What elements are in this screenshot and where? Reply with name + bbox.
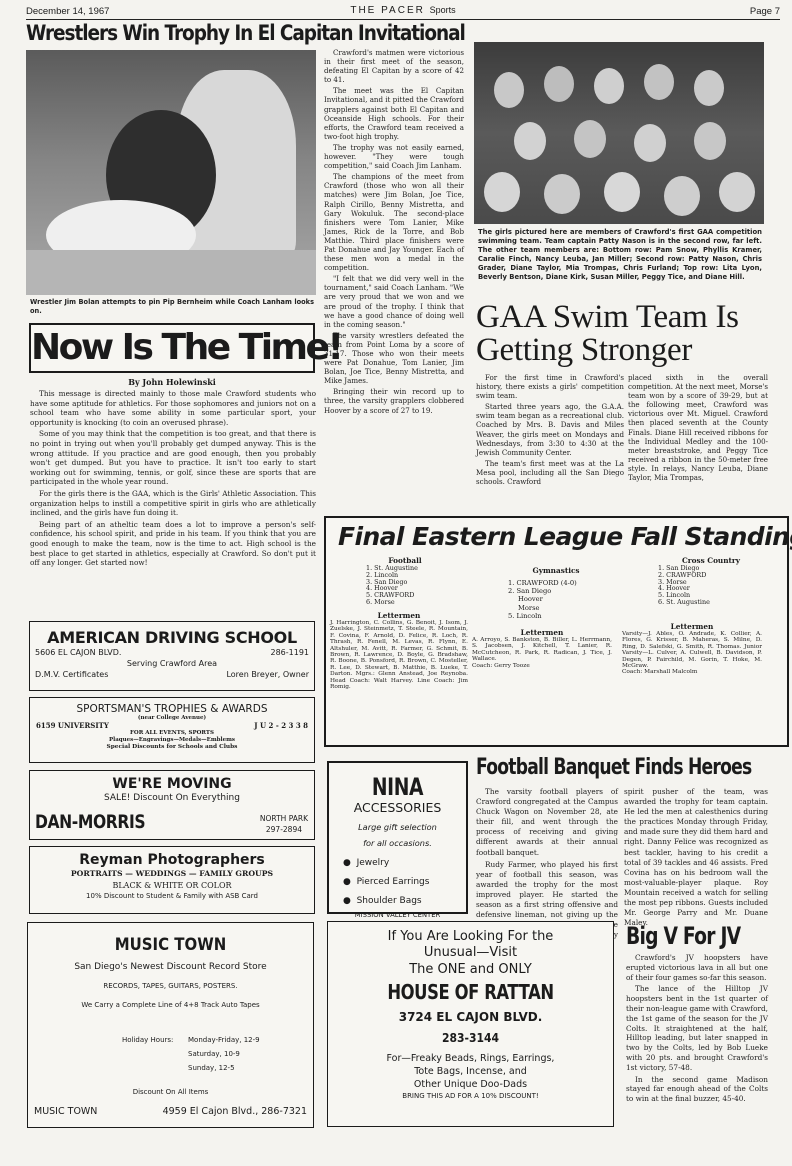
paragraph: The trophy was not easily earned, howeve… (324, 143, 464, 170)
paragraph: Crawford's matmen were victorious in the… (324, 48, 464, 84)
ad-location: MISSION VALLEY CENTER (329, 911, 466, 919)
section-name: Sports (430, 5, 456, 15)
gymnastics-standings: Gymnastics 1. CRAWFORD (4-0) 2. San Dieg… (486, 566, 626, 620)
ad-owner: Loren Breyer, Owner (226, 669, 309, 680)
paragraph: "I felt that we did very well in the tou… (324, 274, 464, 329)
ad-address: 5606 EL CAJON BLVD. (35, 647, 121, 658)
paragraph: The champions of the meet from Crawford … (324, 172, 464, 272)
masthead: December 14, 1967 THE PACER Sports Page … (26, 4, 780, 20)
lettermen-heading: Lettermen (472, 628, 612, 637)
ad-certs: D.M.V. Certificates (35, 669, 108, 680)
ad-line: If You Are Looking For the (328, 929, 613, 945)
paragraph: Crawford's JV hoopsters have erupted vic… (626, 953, 768, 982)
ad-nina-accessories: NINA ACCESSORIES Large gift selection fo… (327, 761, 468, 914)
football-banquet-headline: Football Banquet Finds Heroes (476, 755, 751, 780)
gaa-article-col2: placed sixth in the overall competition.… (628, 373, 768, 484)
standings-box: Final Eastern League Fall Standings Foot… (324, 516, 789, 747)
big-v-headline: Big V For JV (626, 922, 740, 950)
team-row: 6. Morse (366, 599, 470, 606)
ad-footer-address: 4959 El Cajon Blvd., 286-7321 (163, 1106, 307, 1117)
ad-discount: 10% Discount to Student & Family with AS… (30, 891, 314, 901)
ad-hours-label: Holiday Hours: (122, 1033, 173, 1047)
paragraph: Being part of an atheltic team does a lo… (30, 520, 316, 568)
paragraph: For the first time in Crawford's history… (476, 373, 624, 400)
wrestling-article: Crawford's matmen were victorious in the… (324, 48, 464, 417)
ad-tapes: We Carry a Complete Line of 4+8 Track Au… (28, 1001, 313, 1009)
ad-items: ● Jewelry ● Pierced Earrings ● Shoulder … (329, 854, 466, 911)
lettermen-heading: Lettermen (622, 622, 762, 631)
ad-tag: Large gift selection (329, 822, 466, 832)
gymnastics-lettermen: Lettermen A. Arroyo, S. Bankston, B. Bil… (472, 628, 612, 669)
ad-line: For—Freaky Beads, Rings, Earrings, (328, 1052, 613, 1065)
paper-name: THE PACER (350, 5, 425, 16)
ad-reyman-photographers: Reyman Photographers PORTRAITS — WEDDING… (29, 846, 315, 914)
ad-item: ● Pierced Earrings (343, 873, 466, 892)
gaa-photo-caption: The girls pictured here are members of C… (478, 228, 762, 282)
ad-name: NINA (344, 773, 451, 801)
gymnastics-teams: 1. CRAWFORD (4-0) 2. San Diego Hoover Mo… (486, 579, 626, 620)
ad-dan-morris: WE'RE MOVING SALE! Discount On Everythin… (29, 770, 315, 840)
ad-line: Unusual—Visit (328, 945, 613, 961)
ad-sportsmans-trophies: SPORTSMAN'S TROPHIES & AWARDS (near Coll… (29, 697, 315, 763)
ad-line: Special Discounts for Schools and Clubs (30, 744, 314, 751)
ad-line: Other Unique Doo-Dads (328, 1078, 613, 1091)
gaa-headline-line1: GAA Swim Team Is (476, 300, 739, 334)
paragraph: Some of you may think that the competiti… (30, 429, 316, 487)
gaa-headline-line2: Getting Stronger (476, 333, 692, 367)
gymnastics-heading: Gymnastics (486, 566, 626, 575)
page-number: Page 7 (750, 6, 780, 17)
ad-footer-name: MUSIC TOWN (34, 1106, 97, 1117)
wrestling-headline: Wrestlers Win Trophy In El Capitan Invit… (26, 21, 465, 45)
bullet-icon: ● (343, 858, 357, 868)
ad-line: FOR ALL EVENTS, SPORTS (30, 730, 314, 737)
gymnastics-coach: Coach: Gerry Tooze (472, 663, 612, 669)
paragraph: The varsity football players of Crawford… (476, 787, 618, 858)
bullet-icon: ● (343, 877, 357, 887)
big-v-article: Crawford's JV hoopsters have erupted vic… (626, 953, 768, 1106)
gaa-team-photo (474, 42, 764, 224)
ad-address: 6159 UNIVERSITY (36, 721, 109, 730)
ad-music-town: MUSIC TOWN San Diego's Newest Discount R… (27, 922, 314, 1128)
ad-name: MUSIC TOWN (45, 935, 296, 955)
ad-phone: J U 2 - 2 3 3 8 (254, 721, 308, 730)
wrestling-photo (26, 50, 316, 295)
team-row: 2. San Diego (508, 587, 626, 595)
paragraph: The varsity wrestlers defeated the team … (324, 331, 464, 386)
ad-tagline: San Diego's Newest Discount Record Store (28, 962, 313, 972)
paragraph: In the second game Madison stayed far en… (626, 1075, 768, 1104)
ad-tag: for all occasions. (329, 838, 466, 848)
lettermen-list: A. Arroyo, S. Bankston, B. Biller, L. He… (472, 637, 612, 663)
ad-line: Plaques—Engravings—Medals—Emblems (30, 737, 314, 744)
team-row: Hoover (508, 595, 626, 603)
paragraph: Started three years ago, the G.A.A. swim… (476, 402, 624, 457)
football-standings: Football 1. St. Augustine 2. Lincoln 3. … (340, 556, 470, 606)
cross-country-lettermen: Lettermen Varsity—J. Ables, O. Andrade, … (622, 622, 762, 676)
ad-phone: 286-1191 (270, 647, 309, 658)
ad-phone: 297-2894 (260, 824, 308, 835)
team-row: 6. St. Augustine (658, 599, 776, 606)
ad-headline: WE'RE MOVING (30, 776, 314, 792)
paragraph: For the girls there is the GAA, which is… (30, 489, 316, 518)
ad-products: RECORDS, TAPES, GUITARS, POSTERS. (28, 982, 313, 990)
ad-options: BLACK & WHITE OR COLOR (30, 880, 314, 891)
hours-row: Sunday, 12-5 (188, 1061, 260, 1075)
hours-row: Monday-Friday, 12-9 (188, 1033, 260, 1047)
ad-item: ● Shoulder Bags (343, 892, 466, 911)
now-is-the-time-article: This message is directed mainly to those… (30, 389, 316, 570)
lettermen-list: J. Harrington, C. Collins, G. Benoit, J.… (330, 620, 468, 690)
ad-name: AMERICAN DRIVING SCHOOL (30, 628, 314, 647)
wrestling-photo-caption: Wrestler Jim Bolan attempts to pin Pip B… (30, 298, 314, 316)
ad-address: 3724 EL CAJON BLVD. (328, 1006, 613, 1028)
paragraph: spirit pusher of the team, was awarded t… (624, 787, 768, 928)
football-teams: 1. St. Augustine 2. Lincoln 3. San Diego… (340, 565, 470, 606)
paper-title: THE PACER Sports (26, 5, 780, 16)
football-banquet-col2: spirit pusher of the team, was awarded t… (624, 787, 768, 930)
lettermen-list: Varsity—J. Ables, O. Andrade, K. Collier… (622, 631, 762, 669)
paragraph: This message is directed mainly to those… (30, 389, 316, 427)
team-row: Morse (508, 604, 626, 612)
cross-country-standings: Cross Country 1. San Diego 2. CRAWFORD 3… (646, 556, 776, 606)
ad-name: DAN-MORRIS (35, 811, 145, 833)
cross-country-teams: 1. San Diego 2. CRAWFORD 3. Morse 4. Hoo… (646, 565, 776, 606)
bullet-icon: ● (343, 896, 357, 906)
gaa-article-col1: For the first time in Crawford's history… (476, 373, 624, 488)
ad-phone: 283-3144 (342, 1028, 599, 1048)
team-row: 5. Lincoln (508, 612, 626, 620)
paragraph: placed sixth in the overall competition.… (628, 373, 768, 482)
byline: By John Holewinski (29, 377, 315, 387)
ad-sub: ACCESSORIES (329, 800, 466, 815)
lettermen-heading: Lettermen (330, 611, 468, 620)
paragraph: The team's first meet was at the La Mesa… (476, 459, 624, 486)
hours-row: Saturday, 10-9 (188, 1047, 260, 1061)
ad-line: The ONE and ONLY (328, 961, 613, 979)
paragraph: Bringing their win record up to three, t… (324, 387, 464, 414)
ad-name: SPORTSMAN'S TROPHIES & AWARDS (30, 703, 314, 715)
ad-house-of-rattan: If You Are Looking For the Unusual—Visit… (327, 921, 614, 1127)
team-row: 1. CRAWFORD (4-0) (508, 579, 626, 587)
ad-name: Reyman Photographers (30, 852, 314, 868)
ad-tagline: Serving Crawford Area (30, 658, 314, 669)
ad-discount: BRING THIS AD FOR A 10% DISCOUNT! (328, 1091, 613, 1102)
ad-services: PORTRAITS — WEDDINGS — FAMILY GROUPS (30, 868, 314, 880)
standings-title: Final Eastern League Fall Standings (338, 522, 792, 551)
ad-sale: SALE! Discount On Everything (30, 792, 314, 804)
ad-location: NORTH PARK (260, 813, 308, 824)
football-lettermen: Lettermen J. Harrington, C. Collins, G. … (330, 611, 468, 690)
ad-line: Tote Bags, Incense, and (328, 1065, 613, 1078)
ad-discount: Discount On All Items (28, 1088, 313, 1096)
ad-name: HOUSE OF RATTAN (354, 979, 588, 1006)
ad-american-driving-school: AMERICAN DRIVING SCHOOL 5606 EL CAJON BL… (29, 621, 315, 691)
now-is-the-time-box: Now Is The Time! (29, 323, 315, 373)
cross-country-coach: Coach: Marshall Malcolm (622, 669, 762, 675)
ad-item: ● Jewelry (343, 854, 466, 873)
ad-hours: Monday-Friday, 12-9 Saturday, 10-9 Sunda… (188, 1033, 260, 1075)
paragraph: The lance of the Hilltop JV hoopsters be… (626, 984, 768, 1072)
now-is-the-time-headline: Now Is The Time! (31, 325, 313, 371)
paragraph: The meet was the El Capitan Invitational… (324, 86, 464, 141)
